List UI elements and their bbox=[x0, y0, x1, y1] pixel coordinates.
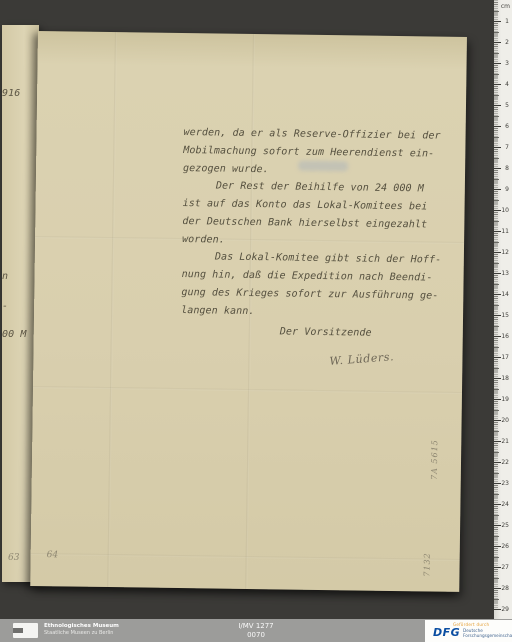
ruler-cm-tick bbox=[494, 357, 501, 358]
sliver-fragment: 00 M bbox=[2, 329, 26, 340]
ruler-mm-ticks bbox=[494, 0, 498, 611]
ruler-half-tick bbox=[494, 431, 499, 432]
ruler-half-tick bbox=[494, 389, 499, 390]
ruler-half-tick bbox=[494, 179, 499, 180]
ruler-cm-number: 10 bbox=[501, 207, 509, 214]
ruler-half-tick bbox=[494, 452, 499, 453]
sheet-number-pencil: 63 bbox=[8, 553, 19, 563]
ruler-cm-number: 23 bbox=[501, 480, 509, 487]
ruler-cm-tick bbox=[494, 294, 501, 295]
letter-body: werden, da er als Reserve-Offizier bei d… bbox=[181, 124, 469, 323]
ruler-cm-number: 9 bbox=[505, 186, 509, 193]
ruler-cm-number: 3 bbox=[505, 60, 509, 67]
ruler-cm-number: 26 bbox=[501, 543, 509, 550]
ruler-cm-tick bbox=[494, 336, 501, 337]
dfg-logo-icon: DFG bbox=[433, 626, 460, 639]
ruler-half-tick bbox=[494, 368, 499, 369]
ruler-half-tick bbox=[494, 263, 499, 264]
ruler-cm-number: 12 bbox=[501, 249, 509, 256]
letter-page: werden, da er als Reserve-Offizier bei d… bbox=[30, 31, 467, 592]
ruler-cm-number: 24 bbox=[501, 501, 509, 508]
ruler-cm-tick bbox=[494, 147, 501, 148]
ruler-cm-tick bbox=[494, 105, 501, 106]
ruler-cm-number: 22 bbox=[501, 459, 509, 466]
ruler-half-tick bbox=[494, 578, 499, 579]
ruler-cm-number: 19 bbox=[501, 396, 509, 403]
margin-annotation: 7132 bbox=[422, 534, 435, 594]
ruler-cm-tick bbox=[494, 504, 501, 505]
ruler-cm-number: 27 bbox=[501, 564, 509, 571]
ruler-cm-number: 17 bbox=[501, 354, 509, 361]
ruler-half-tick bbox=[494, 494, 499, 495]
ruler-cm-number: 11 bbox=[501, 228, 509, 235]
ruler-half-tick bbox=[494, 95, 499, 96]
ruler-cm-tick bbox=[494, 168, 501, 169]
ruler-cm-tick bbox=[494, 21, 501, 22]
ruler-cm-number: 6 bbox=[505, 123, 509, 130]
ruler-cm-number: 4 bbox=[505, 81, 509, 88]
fold-crease bbox=[107, 32, 117, 587]
ruler-cm-tick bbox=[494, 189, 501, 190]
ruler-cm-number: 13 bbox=[501, 270, 509, 277]
footer-bar: Ethnologisches Museum Staatliche Museen … bbox=[0, 619, 512, 642]
ruler-half-tick bbox=[494, 116, 499, 117]
ruler-cm-tick bbox=[494, 126, 501, 127]
ruler-cm-tick bbox=[494, 84, 501, 85]
ruler-half-tick bbox=[494, 74, 499, 75]
ruler-cm-tick bbox=[494, 63, 501, 64]
sliver-fragment: - bbox=[2, 301, 8, 312]
sheet-number-pencil: 64 bbox=[47, 550, 59, 560]
ruler-cm-tick bbox=[494, 252, 501, 253]
ruler-half-tick bbox=[494, 242, 499, 243]
ruler-half-tick bbox=[494, 158, 499, 159]
ruler-half-tick bbox=[494, 599, 499, 600]
ruler-cm-number: 16 bbox=[501, 333, 509, 340]
margin-annotation: 7A 5615 bbox=[429, 420, 442, 500]
ruler-half-tick bbox=[494, 515, 499, 516]
ruler-cm-tick bbox=[494, 588, 501, 589]
ruler-cm-tick bbox=[494, 441, 501, 442]
ruler-half-tick bbox=[494, 410, 499, 411]
handwritten-signature: W. Lüders. bbox=[329, 350, 394, 368]
ruler-cm-number: 28 bbox=[501, 585, 509, 592]
scan-background: 916 n - 00 M 63 werden, da er als Reserv… bbox=[0, 0, 512, 642]
ruler-half-tick bbox=[494, 53, 499, 54]
ruler-half-tick bbox=[494, 557, 499, 558]
closing-line: Der Vorsitzende bbox=[280, 326, 372, 338]
ruler-half-tick bbox=[494, 536, 499, 537]
ruler-unit-label: cm bbox=[501, 3, 510, 10]
ruler-cm-tick bbox=[494, 42, 501, 43]
ruler-cm-tick bbox=[494, 210, 501, 211]
ruler-cm-tick bbox=[494, 567, 501, 568]
ruler-cm-tick bbox=[494, 315, 501, 316]
ruler-cm-number: 18 bbox=[501, 375, 509, 382]
ruler-half-tick bbox=[494, 32, 499, 33]
ruler-cm-number: 8 bbox=[505, 165, 509, 172]
ruler-half-tick bbox=[494, 284, 499, 285]
ruler-cm-number: 21 bbox=[501, 438, 509, 445]
ruler-cm-number: 7 bbox=[505, 144, 509, 151]
ruler-cm-number: 5 bbox=[505, 102, 509, 109]
ruler-half-tick bbox=[494, 347, 499, 348]
ruler-half-tick bbox=[494, 200, 499, 201]
funder-name: Deutsche Forschungsgemeinschaft bbox=[463, 628, 509, 638]
ruler: cm 1234567891011121314151617181920212223… bbox=[494, 0, 512, 642]
ruler-cm-number: 29 bbox=[501, 606, 509, 613]
ruler-cm-number: 15 bbox=[501, 312, 509, 319]
ruler-cm-tick bbox=[494, 399, 501, 400]
sliver-fragment: n bbox=[2, 271, 8, 282]
ruler-cm-number: 20 bbox=[501, 417, 509, 424]
ruler-half-tick bbox=[494, 11, 499, 12]
ruler-cm-tick bbox=[494, 462, 501, 463]
ruler-half-tick bbox=[494, 326, 499, 327]
dfg-logo-block: Gefördert durch DFG Deutsche Forschungsg… bbox=[425, 620, 512, 642]
ruler-cm-tick bbox=[494, 525, 501, 526]
ruler-cm-tick bbox=[494, 609, 501, 610]
ruler-cm-tick bbox=[494, 231, 501, 232]
ruler-cm-number: 25 bbox=[501, 522, 509, 529]
ruler-cm-number: 1 bbox=[505, 18, 509, 25]
ruler-cm-number: 2 bbox=[505, 39, 509, 46]
ruler-cm-tick bbox=[494, 378, 501, 379]
ruler-half-tick bbox=[494, 305, 499, 306]
sliver-fragment: 916 bbox=[2, 88, 20, 99]
ruler-half-tick bbox=[494, 473, 499, 474]
ruler-cm-tick bbox=[494, 420, 501, 421]
ruler-half-tick bbox=[494, 221, 499, 222]
ruler-cm-tick bbox=[494, 273, 501, 274]
ruler-half-tick bbox=[494, 137, 499, 138]
ruler-cm-number: 14 bbox=[501, 291, 509, 298]
ruler-cm-tick bbox=[494, 483, 501, 484]
ruler-cm-tick bbox=[494, 546, 501, 547]
